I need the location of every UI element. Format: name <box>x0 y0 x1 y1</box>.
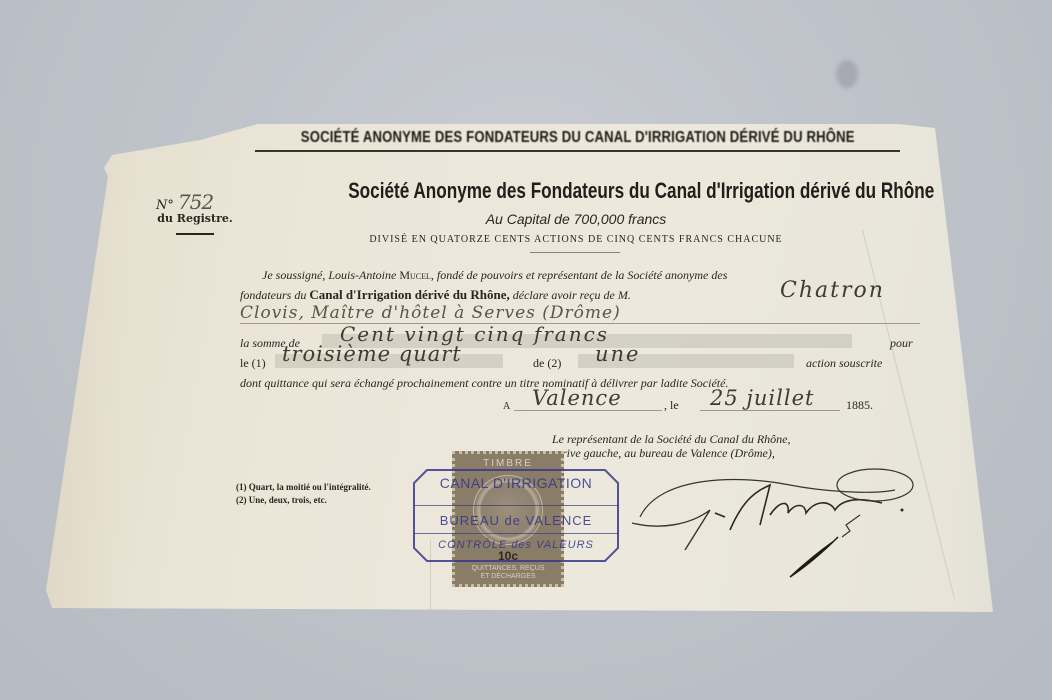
signature-icon <box>620 455 920 585</box>
handwritten-surname: Chatron <box>780 278 885 303</box>
shares-description: DIVISÉ EN QUATORZE CENTS ACTIONS DE CINQ… <box>284 234 868 245</box>
place-prefix: A <box>503 401 510 412</box>
tax-stamp-caption: QUITTANCES, REÇUS ET DÉCHARGES <box>472 565 545 581</box>
register-block: N°752 du Registre. <box>150 190 240 235</box>
footnotes: (1) Quart, la moitié ou l'intégralité. (… <box>236 481 371 507</box>
cachet-line-2: BUREAU de VALENCE <box>413 513 619 528</box>
ornament-divider <box>176 233 214 235</box>
register-number: N°752 <box>150 190 240 214</box>
fill-line <box>700 410 840 411</box>
label-part-2: de (2) <box>533 356 561 371</box>
body-line-quittance: dont quittance qui sera échangé prochain… <box>240 376 728 391</box>
stub-header: SOCIÉTÉ ANONYME DES FONDATEURS DU CANAL … <box>255 124 900 152</box>
fill-line <box>514 410 662 411</box>
cachet-rule <box>413 505 619 506</box>
handwritten-part: troisième quart <box>282 342 462 366</box>
company-cachet: CANAL D'IRRIGATION BUREAU de VALENCE CON… <box>413 469 619 562</box>
register-number-handwritten: 752 <box>178 190 213 214</box>
date-year: 1885. <box>846 398 873 413</box>
handwritten-place: Valence <box>532 386 622 410</box>
stub-rule <box>255 150 900 152</box>
word-pour: pour <box>890 336 913 351</box>
handwritten-count: une <box>595 342 640 366</box>
cachet-line-1: CANAL D'IRRIGATION <box>413 475 619 491</box>
canal-name: Canal d'Irrigation dérivé du Rhône, <box>309 287 509 302</box>
ornament-divider <box>530 252 620 253</box>
handwritten-date: 25 juillet <box>710 386 814 410</box>
cachet-line-3: CONTRÔLE des VALEURS <box>413 539 619 551</box>
footnote-1: (1) Quart, la moitié ou l'intégralité. <box>236 481 371 494</box>
body-line-1: Je soussigné, Louis-Antoine Mucel, fondé… <box>262 268 727 283</box>
document-title: Société Anonyme des Fondateurs du Canal … <box>348 178 804 204</box>
background-spot <box>836 60 858 88</box>
date-le: , le <box>664 398 679 413</box>
label-part-1: le (1) <box>240 356 266 371</box>
body-line-2: fondateurs du Canal d'Irrigation dérivé … <box>240 287 631 303</box>
capital-line: Au Capital de 700,000 francs <box>284 211 868 227</box>
action-souscrite: action souscrite <box>806 356 882 371</box>
handwritten-payer-details: Clovis, Maître d'hôtel à Serves (Drôme) <box>240 303 621 323</box>
register-label: du Registre. <box>150 212 240 225</box>
cachet-rule <box>413 533 619 534</box>
footnote-2: (2) Une, deux, trois, etc. <box>236 494 371 507</box>
stub-header-text: SOCIÉTÉ ANONYME DES FONDATEURS DU CANAL … <box>301 129 855 147</box>
tax-stamp-title: TIMBRE <box>483 458 533 469</box>
signatory-name: Mucel <box>399 268 431 282</box>
